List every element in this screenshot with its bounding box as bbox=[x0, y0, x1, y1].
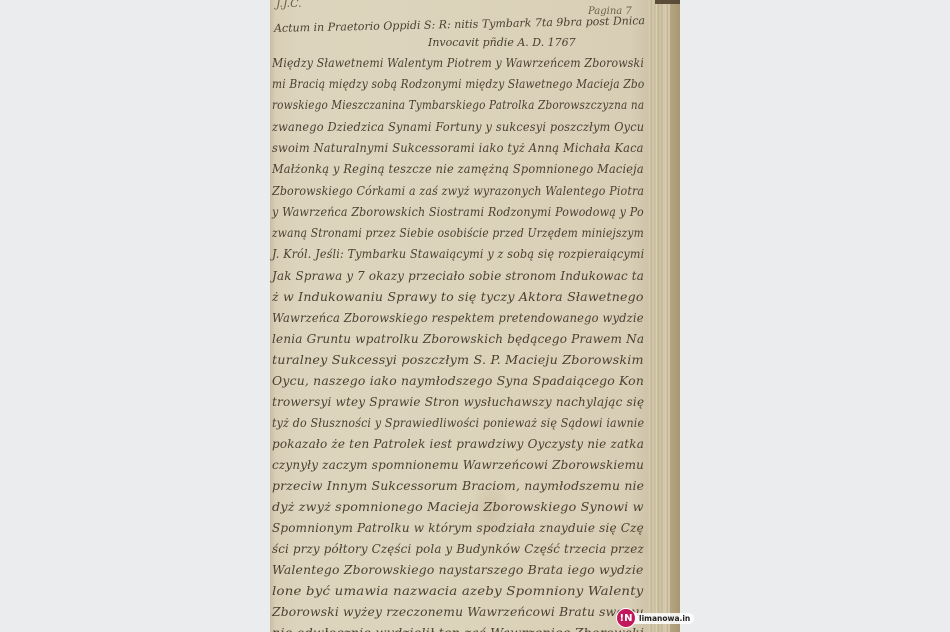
text-line: Między Sławetnemi Walentym Piotrem y Waw… bbox=[272, 55, 644, 70]
text-line: Zborowski wyżey rzeczonemu Wawrzeńcowi B… bbox=[272, 604, 644, 619]
text-line: lone być umawia nazwacia azeby Spomniony… bbox=[272, 583, 644, 598]
book-spine-edge bbox=[670, 0, 680, 632]
image-viewer: J.J.C. Pagina 7 Actum in Praetorio Oppid… bbox=[0, 0, 950, 632]
manuscript-page: J.J.C. Pagina 7 Actum in Praetorio Oppid… bbox=[270, 0, 680, 632]
text-line: Walentego Zborowskiego naystarszego Brat… bbox=[272, 562, 644, 577]
text-line: Małżonką y Reginą teszcze nie zamężną Sp… bbox=[272, 161, 644, 176]
text-line: swoim Naturalnymi Sukcessorami iako tyż … bbox=[272, 140, 644, 155]
text-line: Spomnionym Patrolku w którym spodziała z… bbox=[272, 520, 644, 535]
text-line: J. Król. Jeśli: Tymbarku Stawaiącymi y z… bbox=[272, 246, 644, 261]
site-logo-icon: !N bbox=[616, 608, 636, 628]
text-line: zwaną Stronami przez Siebie osobiście pr… bbox=[272, 225, 644, 240]
text-line: Jak Sprawa y 7 okazy przeciało sobie str… bbox=[272, 268, 644, 283]
text-line: y Wawrzeńca Zborowskich Siostrami Rodzon… bbox=[272, 204, 644, 219]
text-line: rowskiego Mieszczanina Tymbarskiego Patr… bbox=[272, 97, 644, 112]
text-line: mi Bracią między sobą Rodzonymi między S… bbox=[272, 76, 644, 91]
site-name: limanowa.in bbox=[632, 613, 694, 624]
text-line: ż w Indukowaniu Sprawy to się tyczy Akto… bbox=[272, 289, 644, 304]
text-line: Oycu, naszego iako naymłodszego Syna Spa… bbox=[272, 373, 644, 388]
text-line: przeciw Innym Sukcessorum Braciom, naymł… bbox=[272, 478, 644, 493]
text-line: Wawrzeńca Zborowskiego respektem pretend… bbox=[272, 310, 644, 325]
text-line: tyż do Słuszności y Sprawiedliwości poni… bbox=[272, 415, 644, 430]
text-line: nie odwłocznie wydzielił ten zaś Wawrzen… bbox=[272, 625, 644, 632]
text-line: trowersyi wtey Sprawie Stron wysłuchawsz… bbox=[272, 394, 644, 409]
text-line: pokazało że ten Patrolek iest prawdziwy … bbox=[272, 436, 644, 451]
text-line: ści przy półtory Części pola y Budynków … bbox=[272, 541, 644, 556]
watermark: !N limanowa.in bbox=[616, 608, 694, 628]
binding-shadow bbox=[655, 0, 680, 4]
manuscript-text: Między Sławetnemi Walentym Piotrem y Waw… bbox=[270, 0, 648, 632]
text-line: zwanego Dziedzica Synami Fortuny y sukce… bbox=[272, 119, 644, 134]
text-line: Zborowskiego Córkami a zaś zwyż wyrazony… bbox=[272, 183, 644, 198]
text-line: dyż zwyż spomnionego Macieja Zborowskieg… bbox=[272, 499, 644, 514]
text-line: turalney Sukcessyi poszczłym S. P. Macie… bbox=[272, 352, 644, 367]
text-line: lenia Gruntu wpatrolku Zborowskich będąc… bbox=[272, 331, 644, 346]
text-line: czynyły zaczym spomnionemu Wawrzeńcowi Z… bbox=[272, 457, 644, 472]
